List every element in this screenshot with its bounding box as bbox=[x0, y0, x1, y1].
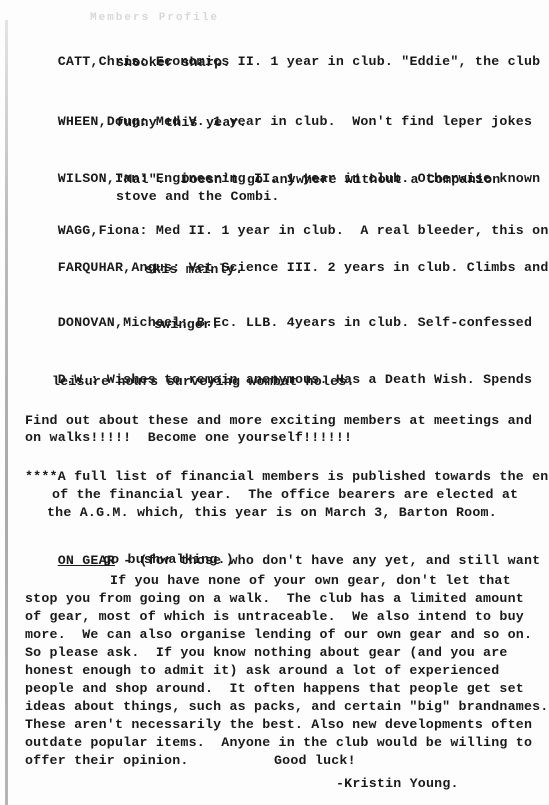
notice-line: the A.G.M. which, this year is on March … bbox=[47, 505, 497, 521]
gear-heading-subtitle-cont: go bushwalking.) bbox=[103, 552, 234, 568]
promo-line: Find out about these and more exciting m… bbox=[25, 413, 532, 429]
gear-body-line: If you have none of your own gear, don't… bbox=[110, 573, 511, 589]
member-desc-line: skis mainly. bbox=[145, 262, 243, 278]
member-desc-line: leisure hours surveying wombat holes. bbox=[52, 374, 355, 390]
member-desc-line: funny this year. bbox=[116, 115, 247, 131]
gear-body-line: honest enough to admit it) ask around a … bbox=[25, 663, 499, 679]
gear-body-line: These aren't necessarily the best. Also … bbox=[25, 717, 532, 733]
gear-body-line: ideas about things, such as packs, and c… bbox=[25, 699, 548, 715]
typewritten-page: Members Profile CATT,Chris: Economics II… bbox=[0, 0, 549, 805]
sign-off: Good luck! bbox=[274, 753, 356, 769]
gear-body-line: more. We can also organise lending of ou… bbox=[25, 627, 532, 643]
gear-body-line: offer their opinion. bbox=[25, 753, 189, 769]
gear-body-line: stop you from going on a walk. The club … bbox=[25, 591, 524, 607]
member-desc-line: snooker sharp. bbox=[116, 55, 231, 71]
member-entry-farquhar: FARQUHAR,Angus: Vet Science III. 2 years… bbox=[25, 244, 549, 292]
member-desc-line: Med II. 1 year in club. A real bleeder, … bbox=[156, 223, 549, 238]
faint-header-bleedthrough: Members Profile bbox=[90, 12, 219, 24]
notice-line: of the financial year. The office bearer… bbox=[52, 487, 518, 503]
member-entry-donovan: DONOVAN,Michael: B.Ec. LLB. 4years in cl… bbox=[25, 299, 532, 347]
member-desc-line: B.Ec. LLB. 4years in club. Self-confesse… bbox=[197, 315, 532, 330]
author-signature: -Kristin Young. bbox=[336, 776, 459, 792]
gear-body-line: of gear, most of which is untraceable. W… bbox=[25, 609, 524, 625]
member-name: WAGG,Fiona: bbox=[58, 223, 148, 238]
gear-body-line: So please ask. If you know nothing about… bbox=[25, 645, 508, 661]
member-entry-catt: CATT,Chris: Economics II. 1 year in club… bbox=[25, 38, 540, 86]
gear-body-line: outdate popular items. Anyone in the clu… bbox=[25, 735, 532, 751]
promo-line: on walks!!!!! Become one yourself!!!!!! bbox=[25, 430, 352, 446]
member-desc-line: stove and the Combi. bbox=[116, 189, 280, 205]
notice-line: ****A full list of financial members is … bbox=[25, 469, 549, 485]
page-edge-shadow bbox=[5, 20, 8, 805]
gear-body-line: people and shop around. It often happens… bbox=[25, 681, 524, 697]
member-desc-line: swinger. bbox=[154, 317, 219, 333]
member-entry-wheen: WHEEN,Doug: Med V. 1 year in club. Won't… bbox=[25, 98, 532, 146]
member-desc-line: "Mal". Doesn't go anywhere without a Com… bbox=[116, 172, 500, 188]
